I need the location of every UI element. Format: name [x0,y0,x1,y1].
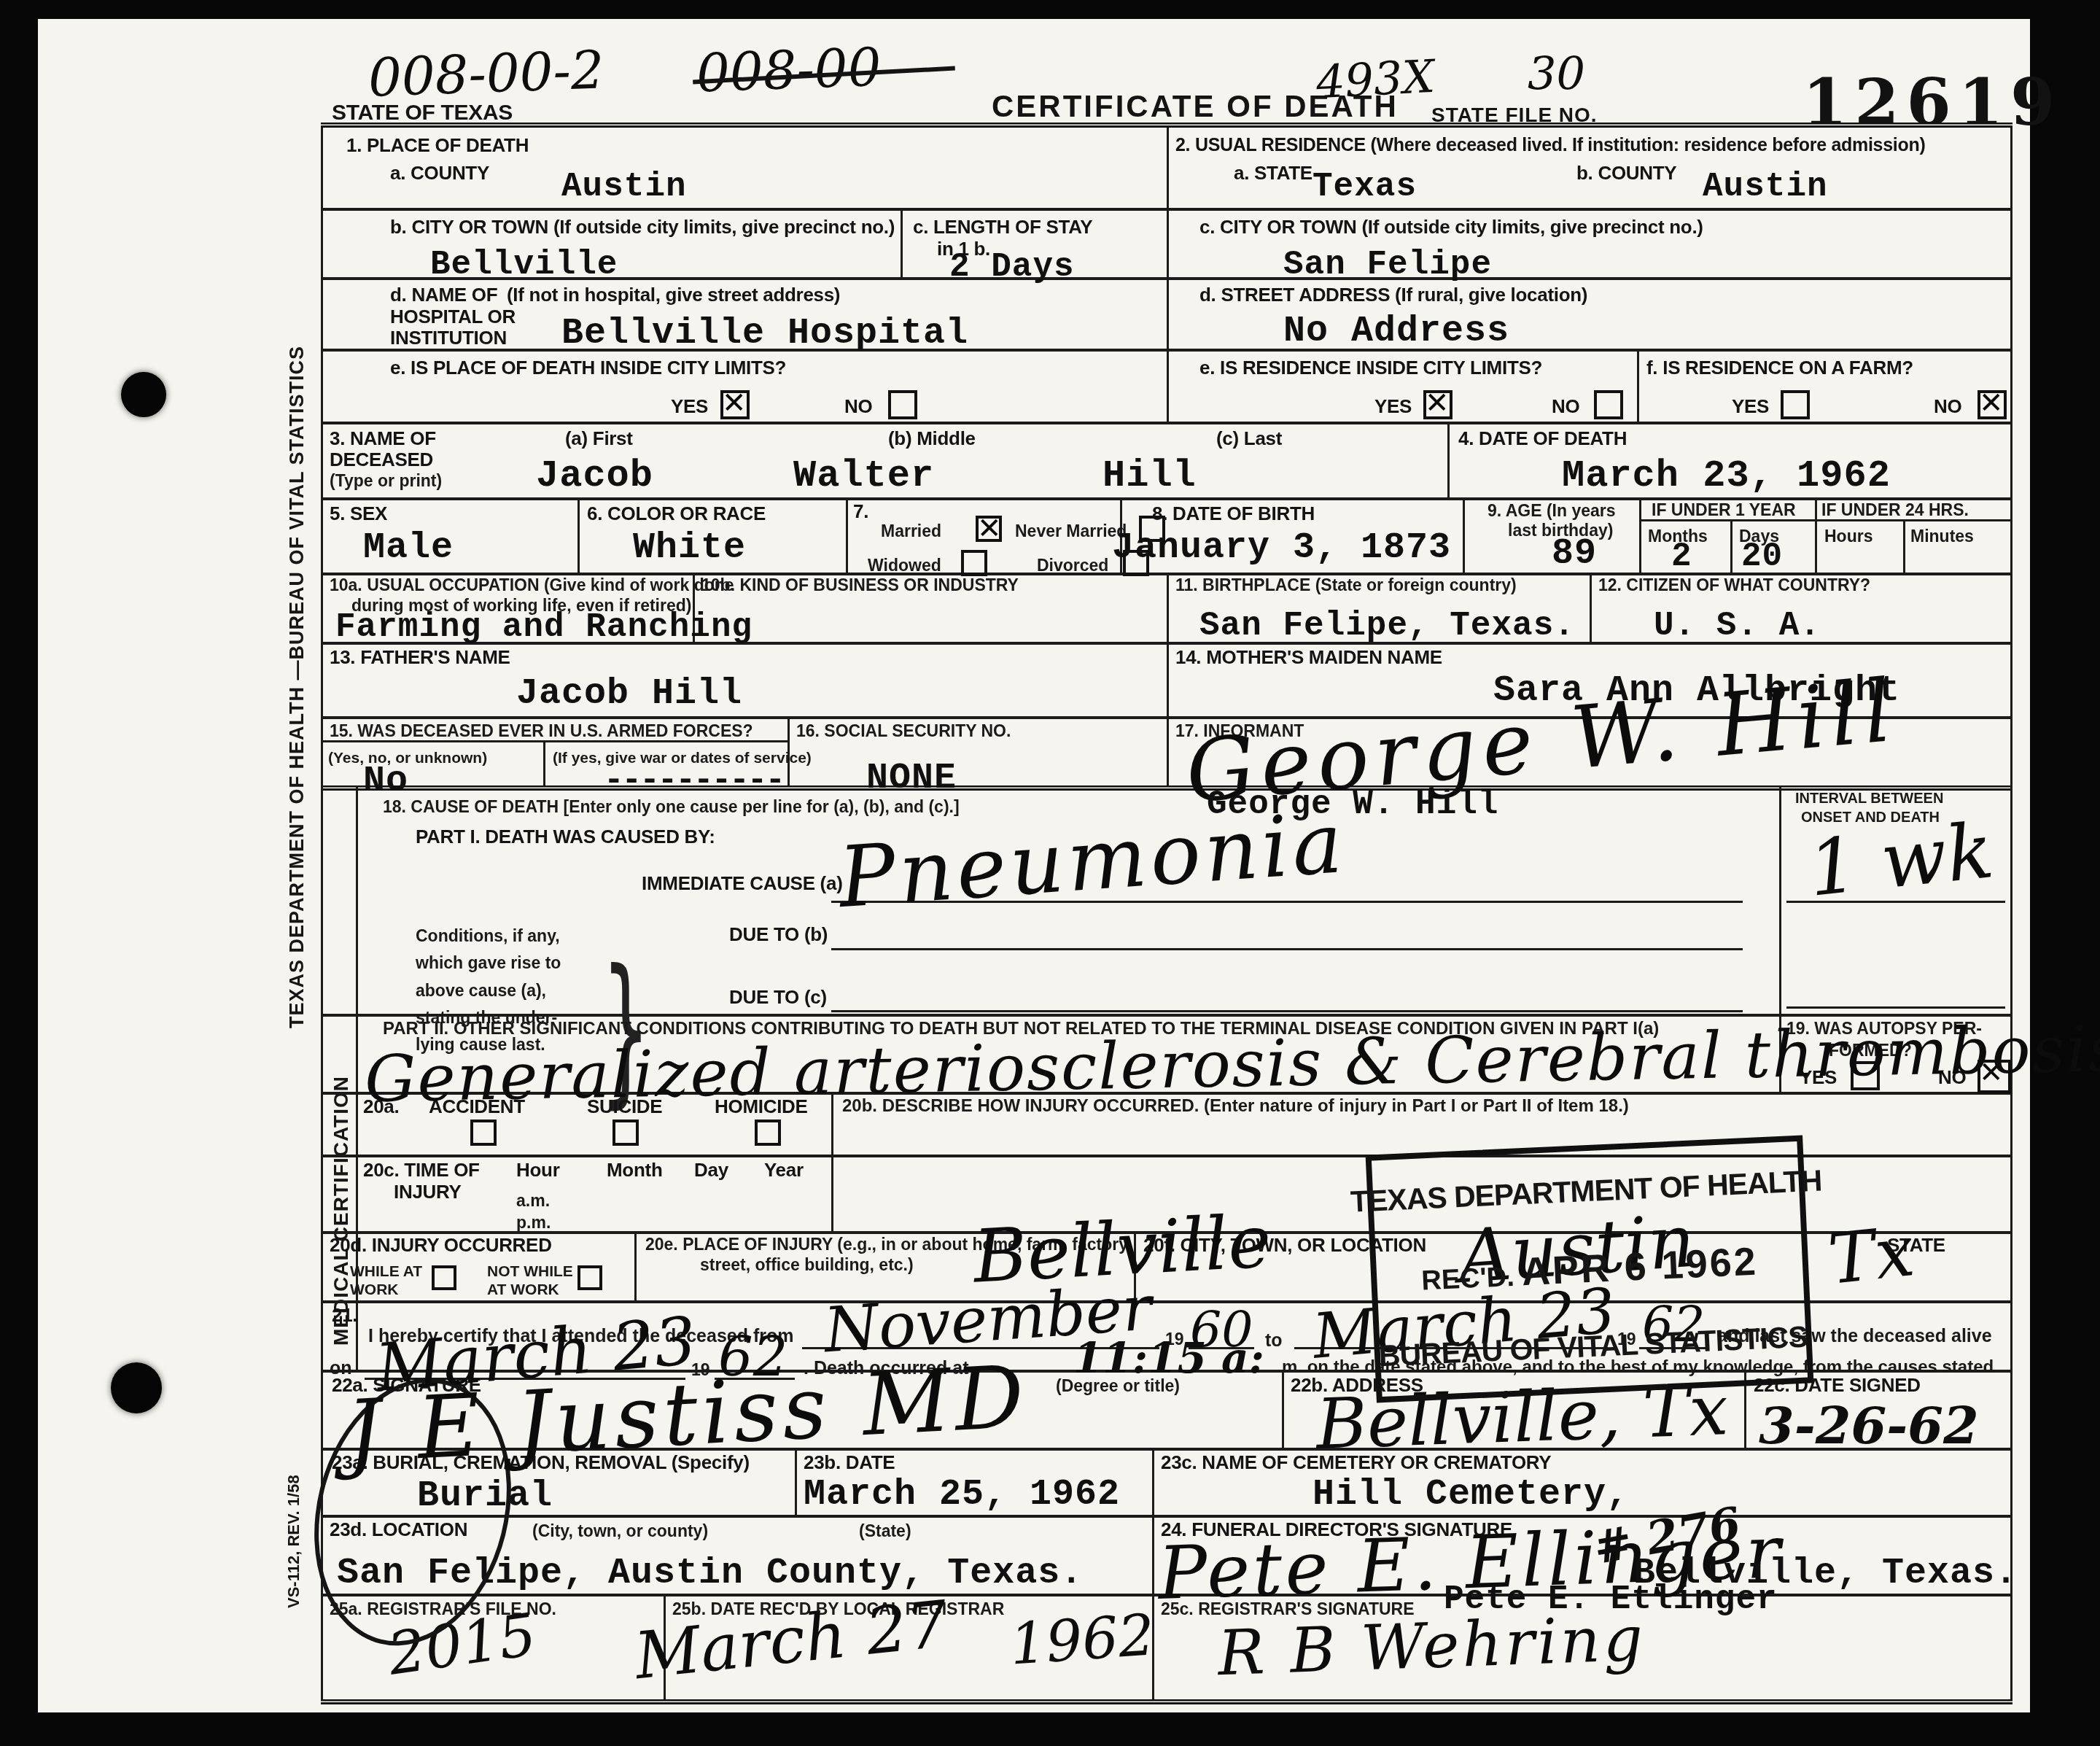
field-24-typed-name: Pete E. Etlinger [1444,1583,1778,1616]
field-21-number: 21. [332,1305,357,1327]
field-20d-label: 20d. INJURY OCCURRED [330,1235,552,1257]
field-20f-state-value: Tx [1825,1217,1917,1295]
field-23b-value: March 25, 1962 [804,1477,1120,1513]
field-9-minutes-label: Minutes [1910,527,1974,547]
field-1c-label: c. LENGTH OF STAY [913,217,1092,238]
field-8-value: January 3, 1873 [1112,530,1451,567]
field-1e-yes-label: YES [671,396,708,418]
field-7-married-label: Married [881,521,941,542]
field-2f-yes-label: YES [1732,396,1769,418]
field-2a-value: Texas [1312,170,1417,203]
field-1b-label: b. CITY OR TOWN (If outside city limits,… [390,217,895,238]
field-7-label: 7. [853,501,868,523]
field-6-label: 6. COLOR OR RACE [587,503,766,525]
field-23c-value: Hill Cemetery, [1312,1477,1629,1513]
checkbox-1e-yes [720,390,750,419]
field-2e-no-label: NO [1552,396,1579,418]
field-9-hours-label: Hours [1824,527,1872,547]
field-18-label: 18. CAUSE OF DEATH [Enter only one cause… [383,797,960,818]
received-stamp: TEXAS DEPARTMENT OF HEALTH REC'D. APR 6 … [1366,1136,1814,1403]
stamp-line-2: REC'D. APR 6 1962 [1420,1242,1759,1297]
death-certificate-scan: TEXAS DEPARTMENT OF HEALTH —BUREAU OF VI… [0,0,2100,1746]
field-10a-label: 10a. USUAL OCCUPATION (Give kind of work… [330,575,734,596]
certificate-form: 1. PLACE OF DEATH a. COUNTY Austin 2. US… [321,128,2012,1699]
field-9-under1-label: IF UNDER 1 YEAR [1652,500,1796,521]
field-3-last-value: Hill [1102,457,1197,495]
field-2c-label: c. CITY OR TOWN (If outside city limits,… [1199,217,1703,238]
interval-value-handwritten: 1 wk [1805,812,1996,908]
field-6-value: White [633,530,746,567]
field-1d-value: Bellville Hospital [561,316,968,352]
checkbox-2e-yes [1423,390,1452,419]
field-20d-not-1: NOT WHILE [487,1262,573,1281]
field-2e-yes-label: YES [1374,396,1412,418]
field-2e-label: e. IS RESIDENCE INSIDE CITY LIMITS? [1199,357,1542,379]
hole-punch-top [121,372,166,417]
field-20e-label-2: street, office building, etc.) [700,1255,914,1276]
checkbox-while-at-work [432,1265,456,1290]
stamp-line-3: BUREAU OF VITAL STATISTICS [1378,1322,1808,1371]
field-1a-value: Austin [561,170,687,203]
field-7-widowed-label: Widowed [868,556,941,576]
margin-form-number: VS-112, REV. 1/58 [284,1440,303,1608]
field-3-first-value: Jacob [536,457,653,495]
field-20c-month-label: Month [607,1160,662,1182]
hole-punch-bottom [111,1362,162,1413]
field-23c-label: 23c. NAME OF CEMETERY OR CREMATORY [1161,1452,1551,1474]
field-14-label: 14. MOTHER'S MAIDEN NAME [1175,647,1442,669]
field-9-label: 9. AGE (In years [1487,501,1616,521]
field-9-months-value: 2 [1671,540,1692,573]
field-1d-label: d. NAME OF [390,284,497,306]
informant-typed-name: George W. Hill [1207,788,1498,821]
pencil-file-code: 493X [1315,54,1436,105]
rule [321,123,2012,128]
stamp-date: APR 6 1962 [1521,1240,1759,1295]
field-20f-value-1: Bellville [972,1205,1273,1293]
field-16-value: NONE [866,761,957,797]
checkbox-homicide [755,1120,781,1146]
field-18-immediate-label: IMMEDIATE CAUSE (a) [642,873,843,895]
field-16-label: 16. SOCIAL SECURITY NO. [796,721,1011,742]
field-18-due-c-label: DUE TO (c) [729,987,827,1009]
field-2c-value: San Felipe [1283,248,1492,282]
field-20c-pm-label: p.m. [516,1213,551,1233]
field-1d-label-2: HOSPITAL OR [390,306,516,328]
field-1b-value: Bellville [430,248,618,282]
field-7-never-married-label: Never Married [1015,521,1127,542]
checkbox-accident [470,1120,497,1146]
field-7-divorced-label: Divorced [1037,556,1108,576]
field-2f-label: f. IS RESIDENCE ON A FARM? [1646,357,1913,379]
field-5-label: 5. SEX [330,503,387,525]
field-9-under24-label: IF UNDER 24 HRS. [1821,500,1969,521]
field-1-label: 1. PLACE OF DEATH [346,135,529,157]
field-2b-value: Austin [1703,170,1828,203]
field-4-label: 4. DATE OF DEATH [1458,428,1627,450]
margin-department-text: TEXAS DEPARTMENT OF HEALTH —BUREAU OF VI… [286,306,308,1028]
field-20d-while-2: WORK [350,1281,399,1299]
field-20d-not-2: AT WORK [487,1281,559,1299]
field-23d-sub1: (City, town, or county) [532,1521,708,1542]
field-1d-paren: (If not in hospital, give street address… [507,284,840,306]
field-20c-day-label: Day [694,1160,728,1182]
field-12-value: U. S. A. [1654,609,1821,643]
field-18-part1-label: PART I. DEATH WAS CAUSED BY: [416,826,715,848]
interval-label-1: INTERVAL BETWEEN [1795,790,1943,807]
field-2-label: 2. USUAL RESIDENCE (Where deceased lived… [1175,135,1925,156]
field-15-value: No [363,764,408,800]
pencil-code-2: 008-00 [696,41,882,100]
field-3-label-1: 3. NAME OF [330,428,436,450]
stamp-line-1: TEXAS DEPARTMENT OF HEALTH [1350,1166,1822,1217]
pencil-code-1: 008-00-2 [367,43,605,104]
field-15-label: 15. WAS DECEASED EVER IN U.S. ARMED FORC… [330,721,753,742]
field-20c-am-label: a.m. [516,1191,550,1211]
field-20d-while-1: WHILE AT [350,1262,422,1281]
field-20c-year-label: Year [764,1160,804,1182]
checkbox-suicide [612,1120,639,1146]
field-13-label: 13. FATHER'S NAME [330,647,510,669]
field-11-value: San Felipe, Texas. [1199,609,1575,643]
checkbox-widowed [961,550,987,576]
field-9-value: 89 [1552,536,1597,573]
field-4-value: March 23, 1962 [1562,457,1891,495]
field-2d-label: d. STREET ADDRESS (If rural, give locati… [1199,284,1587,306]
checkbox-not-while-at-work [577,1265,602,1290]
field-5-value: Male [363,530,454,567]
field-9-days-value: 20 [1741,540,1783,573]
field-2f-no-label: NO [1934,396,1961,418]
field-2b-label: b. COUNTY [1576,163,1676,185]
checkbox-married [976,516,1002,542]
registrar-signature: R B Wehring [1217,1608,1647,1685]
checkbox-1e-no [888,390,917,419]
field-21-to-label: to [1265,1330,1283,1351]
field-1d-label-3: INSTITUTION [390,327,507,349]
field-13-value: Jacob Hill [516,676,742,713]
field-15-dashes: ---------- [604,764,783,797]
checkbox-2e-no [1594,390,1623,419]
field-11-label: 11. BIRTHPLACE (State or foreign country… [1175,575,1517,596]
field-20c-hour-label: Hour [516,1160,559,1182]
field-3-label-2: DECEASED [330,449,433,471]
field-3b-label: (b) Middle [888,428,976,450]
checkbox-2f-no [1977,390,2007,419]
field-1a-label: a. COUNTY [390,163,489,185]
field-22c-value: 3-26-62 [1759,1400,1979,1451]
field-8-label: 8. DATE OF BIRTH [1152,503,1315,525]
field-3-middle-value: Walter [793,457,934,495]
field-21-time-value: 11:15 a: [1073,1337,1264,1379]
field-20c-label-2: INJURY [394,1182,462,1203]
field-1c-value: 2 Days [949,250,1075,284]
field-18-due-b-label: DUE TO (b) [729,924,828,946]
field-23d-sub2: (State) [859,1521,911,1542]
field-1e-no-label: NO [844,396,872,418]
field-2a-label: a. STATE [1234,163,1312,185]
field-10b-label: 10b. KIND OF BUSINESS OR INDUSTRY [701,575,1019,596]
field-10a-value: Farming and Ranching [335,610,752,644]
field-2d-value: No Address [1283,314,1509,350]
field-20c-label-1: 20c. TIME OF [363,1160,480,1182]
field-3a-label: (a) First [565,428,633,450]
field-3c-label: (c) Last [1216,428,1282,450]
checkbox-2f-yes [1781,390,1810,419]
field-1e-label: e. IS PLACE OF DEATH INSIDE CITY LIMITS? [390,357,786,379]
field-12-label: 12. CITIZEN OF WHAT COUNTRY? [1598,575,1870,596]
field-25b-value-2: 1962 [1008,1607,1156,1674]
pencil-file-code-2: 30 [1528,51,1585,96]
field-3-label-3: (Type or print) [330,471,442,492]
